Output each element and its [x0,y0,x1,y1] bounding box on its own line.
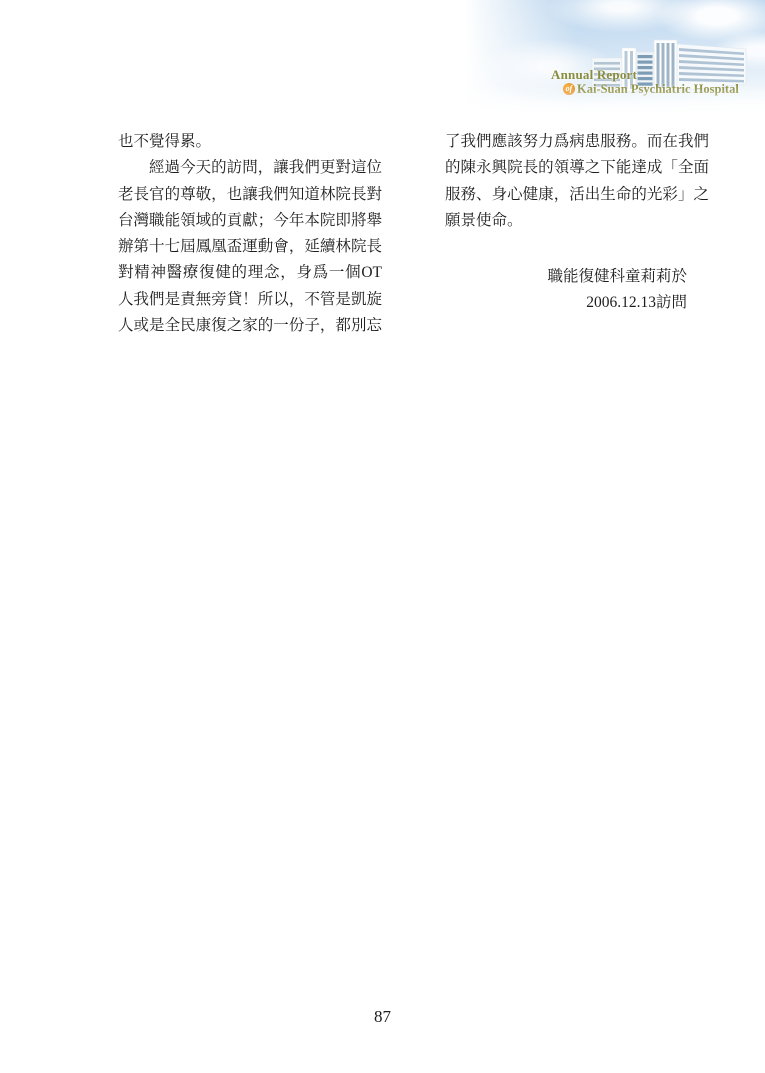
text-line: 台灣職能領域的貢獻；今年本院即將舉 [118,208,382,234]
report-header: Annual Report of Kai-Suan Psychiatric Ho… [465,0,765,115]
text-line: 也不覺得累。 [118,129,382,155]
text-line: 人我們是責無旁貸！所以，不管是凱旋 [118,287,382,313]
signature-author: 職能復健科童莉莉於 [445,264,687,290]
text-line: 經過今天的訪問，讓我們更對這位 [118,155,382,181]
text-line: 服務、身心健康，活出生命的光彩」之 [445,182,709,208]
text-line: 的陳永興院長的領導之下能達成「全面 [445,155,709,181]
text-line: 了我們應該努力爲病患服務。而在我們 [445,129,709,155]
right-text-column: 了我們應該努力爲病患服務。而在我們 的陳永興院長的領導之下能達成「全面 服務、身… [445,129,709,234]
text-line: 對精神醫療復健的理念，身爲一個OT [118,260,382,286]
signature-date: 2006.12.13訪問 [445,290,687,316]
page-number: 87 [0,1007,765,1027]
left-text-column: 也不覺得累。 經過今天的訪問，讓我們更對這位 老長官的尊敬，也讓我們知道林院長對… [118,129,382,339]
signature-block: 職能復健科童莉莉於 2006.12.13訪問 [445,264,687,317]
text-line: 辦第十七屆鳳凰盃運動會，延續林院長 [118,234,382,260]
text-line: 願景使命。 [445,208,709,234]
text-line: 老長官的尊敬，也讓我們知道林院長對 [118,182,382,208]
text-line: 人或是全民康復之家的一份子，都別忘 [118,313,382,339]
sky-bottom-fade [465,0,765,115]
